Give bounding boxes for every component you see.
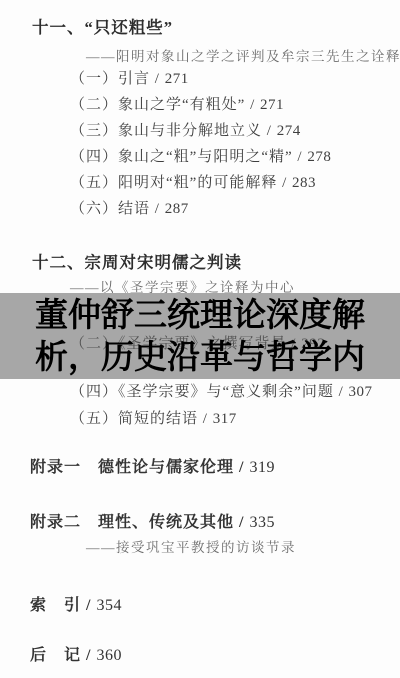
toc-row-separator: / <box>234 514 249 531</box>
postscript-row: 后 记 / 360 <box>30 642 122 665</box>
toc-row-label: （六）结语 <box>70 201 150 217</box>
toc-row-page: 287 <box>165 201 189 217</box>
toc-row-separator: / <box>81 597 96 614</box>
appendix-label: 附录二 理性、传统及其他 <box>30 514 234 531</box>
postscript-page: 360 <box>96 647 122 664</box>
index-label: 索 引 <box>30 597 81 614</box>
appendix-1-row: 附录一 德性论与儒家伦理 / 319 <box>30 454 275 477</box>
toc-row-separator: / <box>150 71 165 87</box>
toc-row-separator: / <box>198 411 213 427</box>
section-11-items: （一）引言 / 271 （二）象山之学“有粗处” / 271 （三）象山与非分解… <box>70 66 331 222</box>
toc-row-page: 307 <box>349 384 373 400</box>
toc-row-separator: / <box>262 123 277 139</box>
toc-row-page: 317 <box>213 411 237 427</box>
toc-row-label: （三）象山与非分解地立义 <box>70 123 262 139</box>
caption-line-2: 析，历史沿革与哲学内 <box>0 336 400 378</box>
toc-row-separator: / <box>245 97 260 113</box>
toc-row-separator: / <box>81 647 96 664</box>
caption-line-1: 董仲舒三统理论深度解 <box>0 294 400 336</box>
toc-row-page: 278 <box>307 149 331 165</box>
toc-row: （五）简短的结语 / 317 <box>70 407 237 428</box>
toc-row-label: （四）《圣学宗要》与“意义剩余”问题 <box>70 384 334 400</box>
appendix-page: 319 <box>249 459 275 476</box>
caption-overlay-text: 董仲舒三统理论深度解 析，历史沿革与哲学内 <box>0 294 400 378</box>
toc-row-label: （二）象山之学“有粗处” <box>70 97 245 113</box>
section-12-heading: 十二、宗周对宋明儒之判读 <box>32 249 242 273</box>
section-11-subtitle: ——阳明对象山之学之评判及牟宗三先生之诠释 <box>86 45 400 65</box>
toc-row-separator: / <box>293 149 308 165</box>
postscript-label: 后 记 <box>30 647 81 664</box>
toc-row-label: （五）简短的结语 <box>70 411 198 427</box>
toc-row-separator: / <box>234 459 249 476</box>
appendix-label: 附录一 德性论与儒家伦理 <box>30 459 234 476</box>
toc-row-label: （五）阳明对“粗”的可能解释 <box>70 175 277 191</box>
toc-row-separator: / <box>150 201 165 217</box>
toc-row: （三）象山与非分解地立义 / 274 <box>70 118 331 144</box>
toc-row: （五）阳明对“粗”的可能解释 / 283 <box>70 170 331 196</box>
toc-row: （六）结语 / 287 <box>70 196 331 222</box>
index-page: 354 <box>96 597 122 614</box>
toc-row: （四）象山之“粗”与阳明之“精” / 278 <box>70 144 331 170</box>
toc-row-page: 271 <box>165 71 189 87</box>
appendix-2-row: 附录二 理性、传统及其他 / 335 <box>30 509 275 532</box>
section-11-heading: 十一、“只还粗些” <box>32 14 173 38</box>
index-row: 索 引 / 354 <box>30 592 122 615</box>
toc-row: （一）引言 / 271 <box>70 66 331 92</box>
toc-row-separator: / <box>334 384 349 400</box>
toc-row: （二）象山之学“有粗处” / 271 <box>70 92 331 118</box>
appendix-page: 335 <box>249 514 275 531</box>
toc-row: （四）《圣学宗要》与“意义剩余”问题 / 307 <box>70 380 373 401</box>
toc-row-label: （一）引言 <box>70 71 150 87</box>
toc-row-page: 271 <box>260 97 284 113</box>
book-toc-page: 十一、“只还粗些” ——阳明对象山之学之评判及牟宗三先生之诠释 （一）引言 / … <box>0 0 400 678</box>
toc-row-page: 283 <box>292 175 316 191</box>
toc-row-page: 274 <box>277 123 301 139</box>
toc-row-separator: / <box>277 175 292 191</box>
toc-row-label: （四）象山之“粗”与阳明之“精” <box>70 149 293 165</box>
appendix-2-subtitle: ——接受巩宝平教授的访谈节录 <box>86 536 296 556</box>
